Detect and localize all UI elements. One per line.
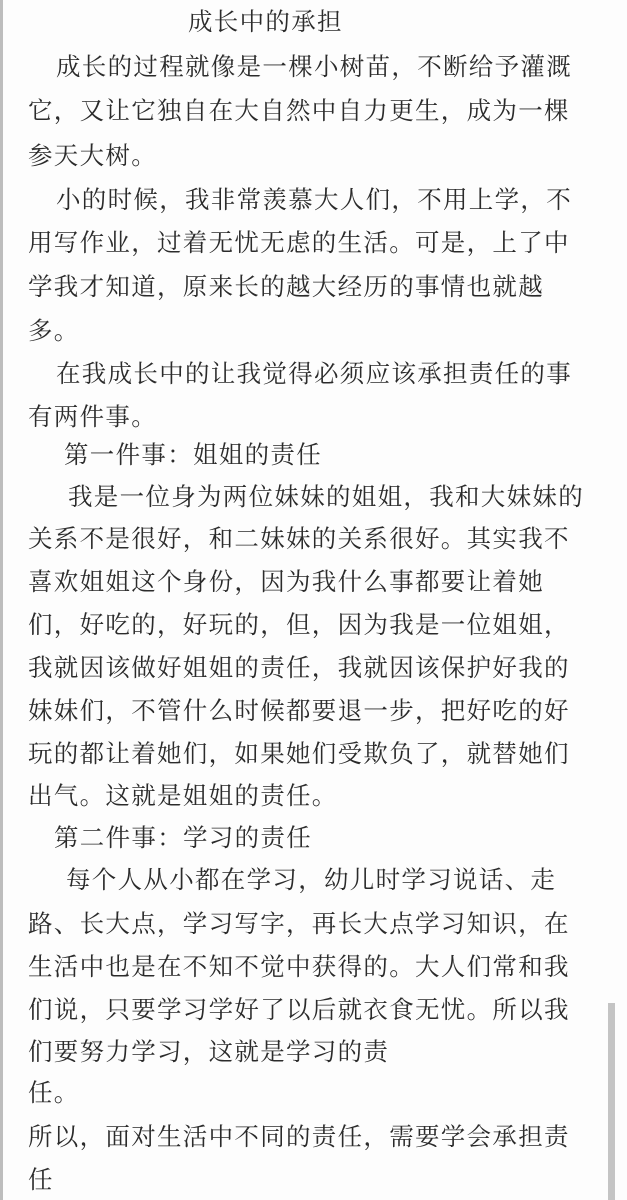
text-line: 用写作业，过着无忧无虑的生活。可是，上了中 xyxy=(28,227,570,259)
text-line: 多。 xyxy=(28,315,80,347)
text-line: 成长的过程就像是一棵小树苗，不断给予灌溉 xyxy=(56,51,572,83)
text-line: 任。 xyxy=(28,1077,80,1109)
text-line: 们说，只要学习学好了以后就衣食无忧。所以我 xyxy=(28,994,570,1026)
text-line: 小的时候，我非常羡慕大人们，不用上学，不 xyxy=(56,184,572,216)
text-line: 第一件事：姐姐的责任 xyxy=(64,439,322,471)
text-line: 玩的都让着她们，如果她们受欺负了，就替她们 xyxy=(28,738,570,770)
text-line: 所以，面对生活中不同的责任，需要学会承担责 xyxy=(28,1121,570,1153)
scrollbar-thumb[interactable] xyxy=(608,1003,615,1200)
text-line: 在我成长中的让我觉得必须应该承担责任的事 xyxy=(56,358,572,390)
text-line: 我就因该做好姐姐的责任，我就因该保护好我的 xyxy=(28,652,570,684)
text-line: 路、长大点，学习写字，再长大点学习知识，在 xyxy=(28,908,570,940)
text-line: 我是一位身为两位妹妹的姐姐，我和大妹妹的 xyxy=(68,481,584,513)
text-line: 出气。这就是姐姐的责任。 xyxy=(28,780,338,812)
text-line: 任 xyxy=(28,1164,54,1196)
text-line: 学我才知道，原来长的越大经历的事情也就越 xyxy=(28,271,544,303)
text-line: 妹妹们，不管什么时候都要退一步，把好吃的好 xyxy=(28,695,570,727)
text-line: 生活中也是在不知不觉中获得的。大人们常和我 xyxy=(28,951,570,983)
text-line: 每个人从小都在学习，幼儿时学习说话、走 xyxy=(66,864,556,896)
document-title: 成长中的承担 xyxy=(188,6,343,38)
text-line: 们，好吃的，好玩的，但，因为我是一位姐姐， xyxy=(28,609,570,641)
text-line: 第二件事：学习的责任 xyxy=(54,822,312,854)
document-page: 成长中的承担 成长的过程就像是一棵小树苗，不断给予灌溉它，又让它独自在大自然中自… xyxy=(0,0,627,1200)
text-line: 它，又让它独自在大自然中自力更生，成为一棵 xyxy=(28,95,570,127)
text-line: 喜欢姐姐这个身份，因为我什么事都要让着她 xyxy=(28,566,544,598)
text-line: 们要努力学习，这就是学习的责 xyxy=(28,1036,389,1068)
text-line: 有两件事。 xyxy=(28,401,157,433)
text-line: 关系不是很好，和二妹妹的关系很好。其实我不 xyxy=(28,523,570,555)
text-line: 参天大树。 xyxy=(28,140,157,172)
vertical-scrollbar[interactable] xyxy=(606,1000,616,1200)
